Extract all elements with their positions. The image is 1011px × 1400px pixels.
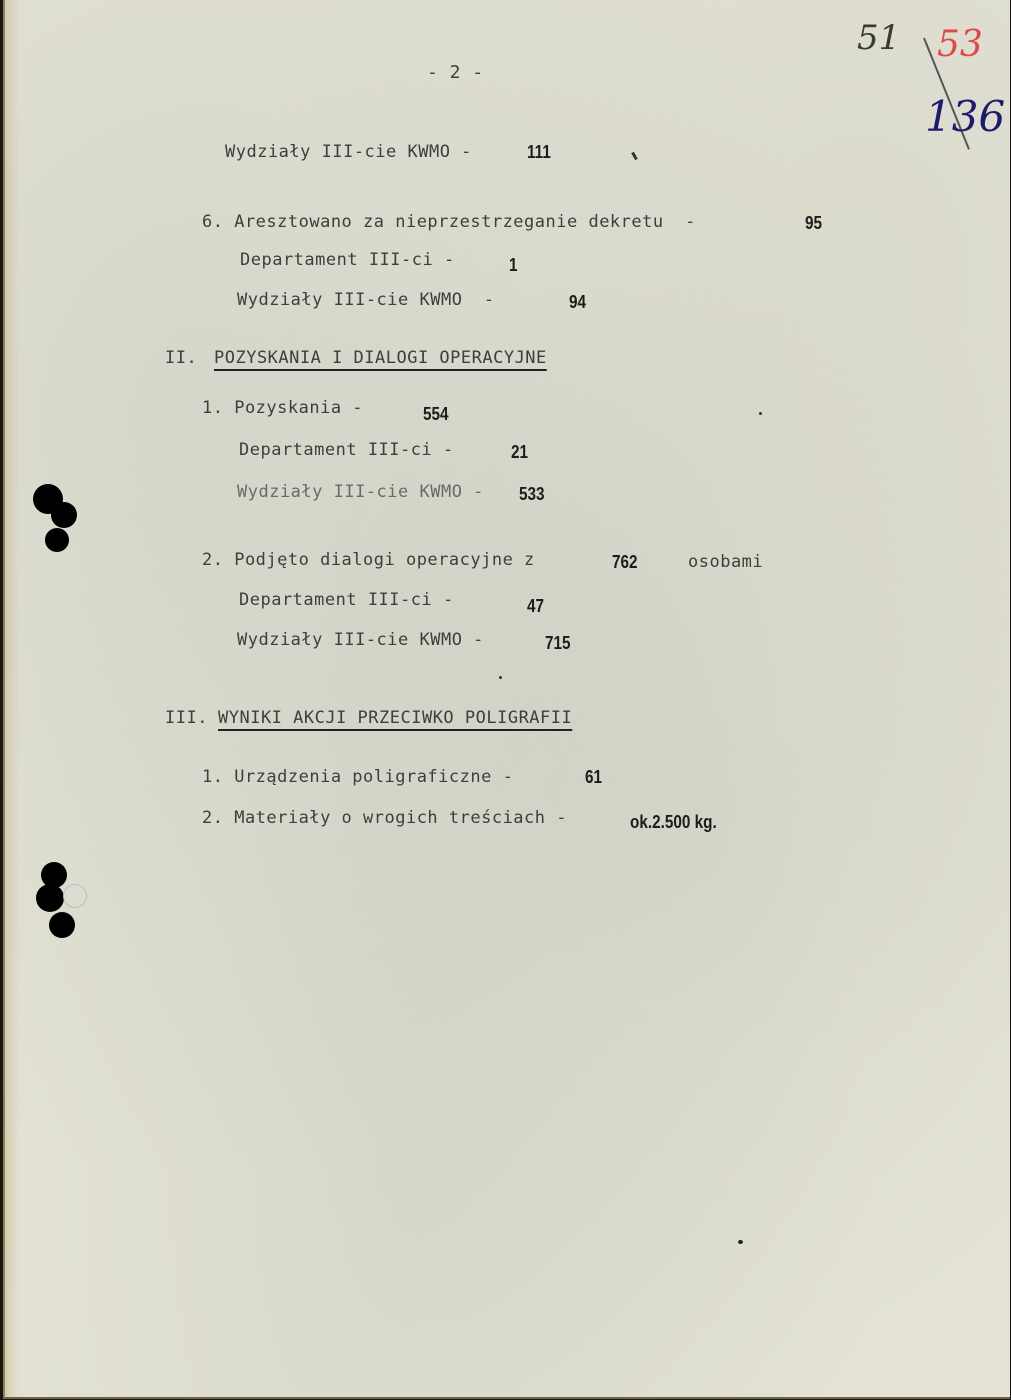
continuation-label: Wydziały III-cie KWMO - [225,142,472,162]
section2-item1-kwmo-value: 533 [519,484,545,505]
section2-item2-label: 2. Podjęto dialogi operacyjne z [202,550,535,570]
section3-item2-value: ok.2.500 kg. [630,812,717,833]
item6-value: 95 [805,213,822,234]
section2-item1-label: 1. Pozyskania - [202,398,363,418]
item6-label: 6. Aresztowano za nieprzestrzeganie dekr… [202,212,696,232]
item6-dept-value: 1 [509,255,518,276]
handwritten-folio-red: 53 [937,24,983,65]
ink-speck [499,676,502,679]
section2-item1-dept-label: Departament III-ci - [239,440,454,460]
section2-item2-suffix: osobami [688,552,763,572]
document-page: - 2 - 51 53 136 Wydziały III-cie KWMO - … [3,0,1010,1399]
section2-item2-dept-label: Departament III-ci - [239,590,454,610]
section3-item1-label: 1. Urządzenia poligraficzne - [202,767,513,787]
section3-title: WYNIKI AKCJI PRZECIWKO POLIGRAFII [218,708,572,728]
section2-item2-dept-value: 47 [527,596,544,617]
section3-item2-label: 2. Materiały o wrogich treściach - [202,808,567,828]
binder-hole-mark [51,502,77,528]
item6-kwmo-label: Wydziały III-cie KWMO - [237,290,495,310]
ink-speck [738,1240,743,1244]
section2-title: POZYSKANIA I DIALOGI OPERACYJNE [214,348,547,368]
section3-item1-value: 61 [585,767,602,788]
handwritten-folio-blue: 136 [925,92,1005,141]
binder-hole-mark [45,528,69,552]
binder-hole-mark [36,884,64,912]
ink-speck [631,152,638,160]
section2-item2-value: 762 [612,552,638,573]
item6-kwmo-value: 94 [569,292,586,313]
ink-speck [759,412,762,415]
binder-hole-ring [63,884,87,908]
handwritten-folio-old: 51 [857,18,900,58]
binder-hole-mark [49,912,75,938]
page-number: - 2 - [427,62,484,83]
item6-dept-label: Departament III-ci - [240,250,455,270]
section2-numeral: II. [165,348,197,368]
section2-item1-kwmo-label: Wydziały III-cie KWMO - [237,482,484,502]
section3-numeral: III. [165,708,208,728]
section2-item1-value: 554 [423,404,449,425]
section2-item2-kwmo-value: 715 [545,633,571,654]
section2-item1-dept-value: 21 [511,442,528,463]
section2-item2-kwmo-label: Wydziały III-cie KWMO - [237,630,484,650]
continuation-value: 111 [527,142,551,163]
